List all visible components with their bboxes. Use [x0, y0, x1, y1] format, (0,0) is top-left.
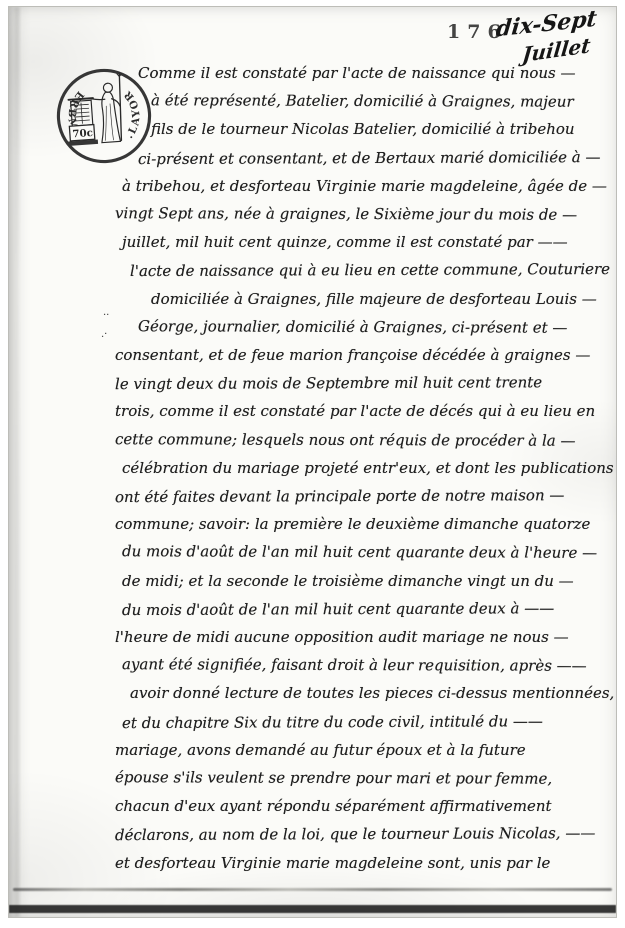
- manuscript-line: célébration du mariage projeté entr'eux,…: [122, 454, 606, 482]
- manuscript-line: déclarons, au nom de la loi, que le tour…: [115, 819, 606, 849]
- manuscript-line: domiciliée à Graignes, fille majeure de …: [151, 285, 606, 313]
- manuscript-line: et desforteau Virginie marie magdeleine …: [115, 849, 606, 877]
- manuscript-line: avoir donné lecture de toutes les pieces…: [130, 679, 606, 707]
- manuscript-line: ayant été signifiée, faisant droit à leu…: [122, 650, 606, 680]
- document-scan: 176 dix-Sept Juillet ERBMIT .LAYOR: [8, 6, 617, 918]
- manuscript-line: à été représenté, Batelier, domicilié à …: [151, 86, 606, 116]
- manuscript-line: l'acte de naissance qui à eu lieu en cet…: [130, 255, 606, 285]
- manuscript-line: commune; savoir: la première le deuxième…: [115, 510, 606, 538]
- manuscript-line: Comme il est constaté par l'acte de nais…: [138, 59, 606, 87]
- manuscript-line: fils de le tourneur Nicolas Batelier, do…: [151, 115, 606, 143]
- manuscript-line: vingt Sept ans, née à graignes, le Sixiè…: [115, 199, 606, 229]
- manuscript-line: et du chapitre Six du titre du code civi…: [122, 707, 606, 737]
- manuscript-line: mariage, avons demandé au futur époux et…: [115, 736, 606, 764]
- ink-speck: .·: [101, 329, 107, 340]
- page-fold-line: [13, 888, 612, 891]
- manuscript-line: juillet, mil huit cent quinze, comme il …: [122, 228, 606, 256]
- manuscript-line: épouse s'ils veulent se prendre pour mar…: [115, 763, 606, 793]
- manuscript-line: à tribehou, et desforteau Virginie marie…: [122, 172, 606, 200]
- manuscript-line: du mois d'août de l'an mil huit cent qua…: [122, 538, 606, 568]
- scan-edge-artifact: [15, 7, 20, 917]
- manuscript-line: l'heure de midi aucune opposition audit …: [115, 623, 606, 651]
- manuscript-line: du mois d'août de l'an mil huit cent qua…: [122, 594, 606, 624]
- manuscript-line: cette commune; lesquels nous ont réquis …: [115, 425, 606, 455]
- manuscript-line: ci-présent et consentant, et de Bertaux …: [138, 143, 606, 173]
- manuscript-line: de midi; et la seconde le troisième dima…: [122, 567, 606, 595]
- manuscript-line: consentant, et de feue marion françoise …: [115, 341, 606, 369]
- manuscript-line: ont été faites devant la principale port…: [115, 481, 606, 511]
- manuscript-line: le vingt deux du mois de Septembre mil h…: [115, 368, 606, 398]
- stamp-denomination: 70c: [72, 127, 93, 140]
- manuscript-line: trois, comme il est constaté par l'acte …: [115, 397, 606, 425]
- ink-speck: ..: [103, 307, 109, 318]
- page-bottom-edge: [9, 905, 616, 913]
- manuscript-line: Géorge, journalier, domicilié à Graignes…: [138, 312, 606, 342]
- manuscript-body: Comme il est constaté par l'acte de nais…: [105, 59, 606, 877]
- manuscript-line: chacun d'eux ayant répondu séparément af…: [115, 792, 606, 820]
